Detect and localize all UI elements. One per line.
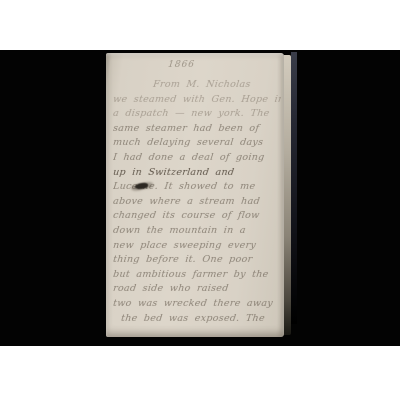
- manuscript-page: 1866 From M. Nicholaswe steamed with Gen…: [106, 53, 284, 337]
- book-pages-edge: [284, 55, 291, 335]
- handwriting-block: From M. Nicholaswe steamed with Gen. Hop…: [113, 78, 281, 326]
- handwriting-line: road side who raised: [113, 282, 281, 297]
- handwriting-line: much delaying several days: [113, 136, 281, 151]
- handwriting-line: new place sweeping every: [113, 239, 281, 254]
- handwriting-line: From M. Nicholas: [152, 78, 281, 93]
- handwriting-line: above where a stream had: [113, 195, 281, 210]
- handwriting-line: but ambitious farmer by the: [113, 268, 281, 283]
- handwriting-line: thing before it. One poor: [113, 253, 281, 268]
- handwriting-line: we steamed with Gen. Hope in: [113, 93, 281, 108]
- book-cover-edge: [291, 52, 297, 324]
- handwriting-line: the bed was exposed. The: [120, 312, 281, 327]
- handwriting-line: changed its course of flow: [113, 209, 281, 224]
- handwriting-line: up in Switzerland and: [113, 166, 281, 181]
- handwriting-line: two was wrecked there away: [113, 297, 281, 312]
- photo-of-diary: 1866 From M. Nicholaswe steamed with Gen…: [0, 50, 400, 346]
- year-heading: 1866: [167, 60, 195, 70]
- handwriting-line: a dispatch — new york. The: [113, 107, 281, 122]
- handwriting-line: down the mountain in a: [113, 224, 281, 239]
- handwriting-line: I had done a deal of going: [113, 151, 281, 166]
- handwriting-line: same steamer had been of: [113, 122, 281, 137]
